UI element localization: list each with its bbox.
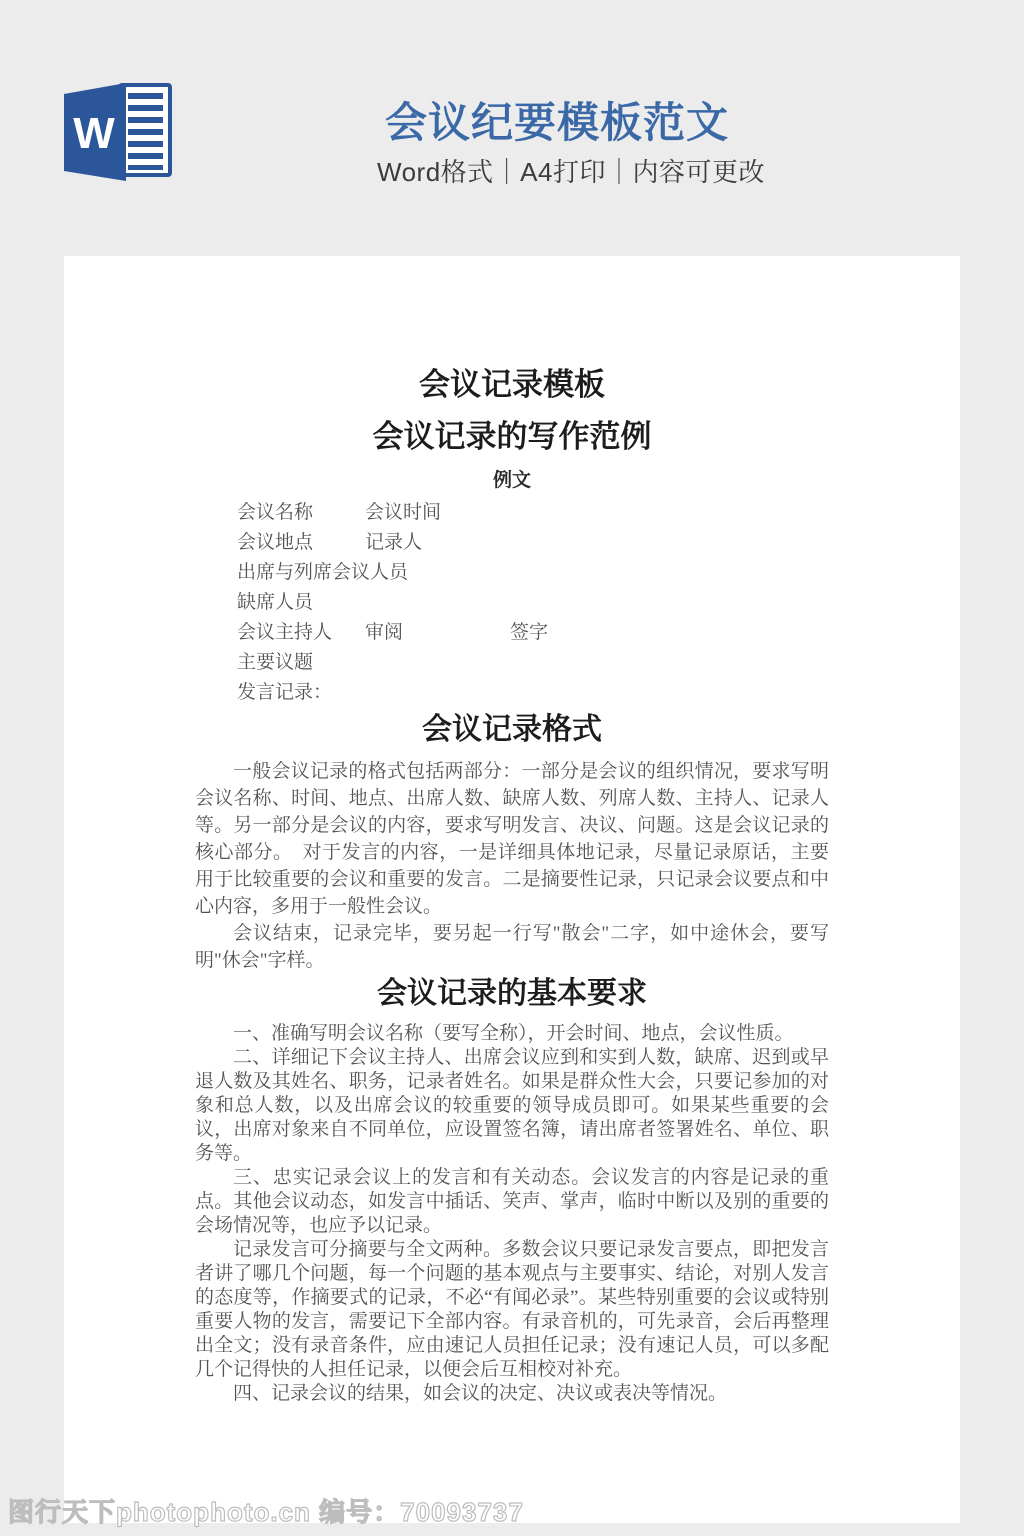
field-label-review: 审阅 [365,618,510,648]
form-row-name-time: 会议名称会议时间 [237,498,829,528]
word-icon: W [62,80,176,182]
field-label-absentees: 缺席人员 [237,588,313,618]
section-heading-requirements: 会议记录的基本要求 [195,976,829,1012]
field-label-recorder: 记录人 [365,528,422,558]
section-format: 会议记录格式 一般会议记录的格式包括两部分：一部分是会议的组织情况，要求写明会议… [195,712,829,974]
paragraph: 会议结束，记录完毕，要另起一行写"散会"二字，如中途休会，要写明"休会"字样。 [195,920,829,974]
field-label-meeting-time: 会议时间 [365,498,441,528]
banner-subtitle: Word格式｜A4打印｜内容可更改 [377,152,765,189]
paragraph: 一般会议记录的格式包括两部分：一部分是会议的组织情况，要求写明会议名称、时间、地… [195,758,829,920]
form-row-attendees: 出席与列席会议人员 [237,558,829,588]
field-label-signature: 签字 [510,618,548,648]
paragraph: 二、详细记下会议主持人、出席会议应到和实到人数，缺席、迟到或早退人数及其姓名、职… [195,1046,829,1166]
field-label-attendees: 出席与列席会议人员 [237,558,408,588]
paragraph: 四、记录会议的结果，如会议的决定、决议或表决等情况。 [195,1382,829,1406]
form-row-topics: 主要议题 [237,648,829,678]
field-label-meeting-place: 会议地点 [237,528,365,558]
section-requirements: 会议记录的基本要求 一、准确写明会议名称（要写全称），开会时间、地点，会议性质。… [195,976,829,1406]
field-label-host: 会议主持人 [237,618,365,648]
paragraph: 记录发言可分摘要与全文两种。多数会议只要记录发言要点，即把发言者讲了哪几个问题，… [195,1238,829,1382]
doc-title-1: 会议记录模板 [195,366,829,404]
example-label: 例文 [195,468,829,493]
section-heading-format: 会议记录格式 [195,712,829,748]
field-label-speech-record: 发言记录： [237,678,332,708]
document-page: 会议记录模板 会议记录的写作范例 例文 会议名称会议时间 会议地点记录人 出席与… [64,256,960,1523]
meeting-form: 会议名称会议时间 会议地点记录人 出席与列席会议人员 缺席人员 会议主持人审阅签… [195,498,829,708]
banner-title: 会议纪要模板范文 [385,90,729,150]
word-icon-letter: W [73,109,115,158]
form-row-host-review-sign: 会议主持人审阅签字 [237,618,829,648]
paragraph: 一、准确写明会议名称（要写全称），开会时间、地点，会议性质。 [195,1022,829,1046]
form-row-speech-record: 发言记录： [237,678,829,708]
field-label-topics: 主要议题 [237,648,313,678]
form-row-place-recorder: 会议地点记录人 [237,528,829,558]
form-row-absentees: 缺席人员 [237,588,829,618]
document-content: 会议记录模板 会议记录的写作范例 例文 会议名称会议时间 会议地点记录人 出席与… [64,256,960,1406]
header-banner: W 会议纪要模板范文 Word格式｜A4打印｜内容可更改 [0,0,1024,256]
field-label-meeting-name: 会议名称 [237,498,365,528]
doc-title-2: 会议记录的写作范例 [195,418,829,456]
site-watermark: 图行天下photophoto.cn 编号：70093737 [8,1492,524,1529]
paragraph: 三、忠实记录会议上的发言和有关动态。会议发言的内容是记录的重点。其他会议动态，如… [195,1166,829,1238]
